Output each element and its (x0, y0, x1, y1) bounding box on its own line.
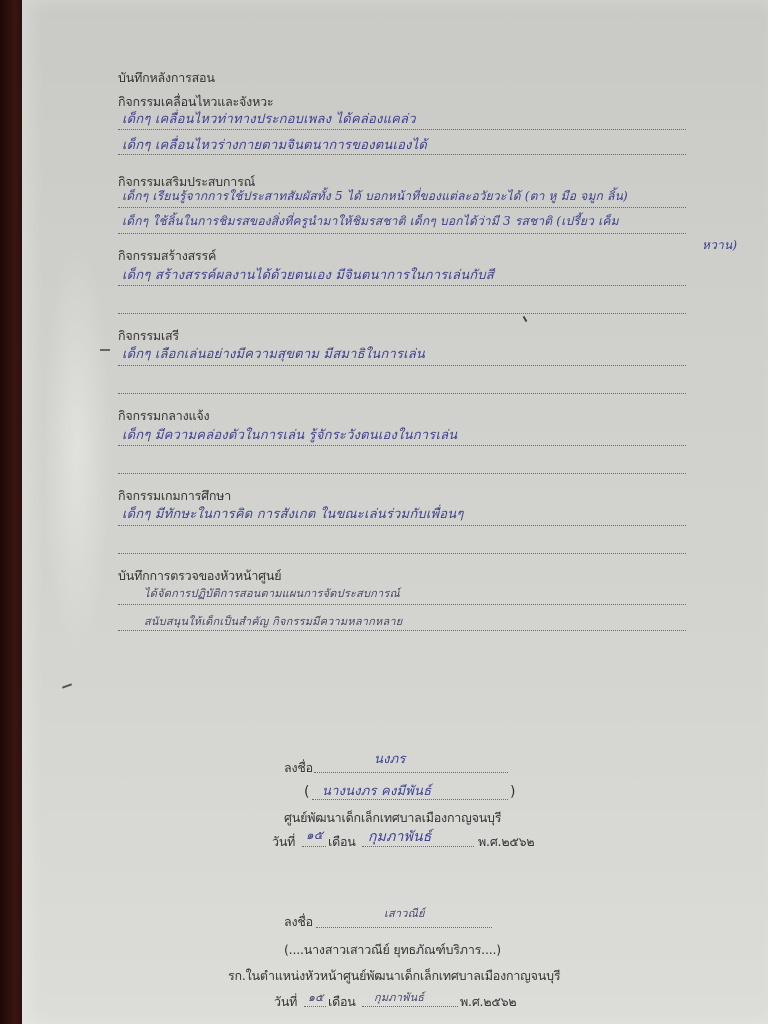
head-day: ๑๕ (308, 988, 324, 1006)
table-edge (0, 0, 24, 1024)
teacher-organization: ศูนย์พัฒนาเด็กเล็กเทศบาลเมืองกาญจนบุรี (284, 808, 501, 828)
dotted-line (118, 393, 686, 394)
entry-creative-1: เด็กๆ สร้างสรรค์ผลงานได้ด้วยตนเอง มีจินต… (122, 264, 494, 285)
head-year: พ.ศ.๒๕๖๒ (460, 992, 516, 1012)
head-signature: เสาวณีย์ (384, 904, 425, 922)
section-heading-review: บันทึกการตรวจของหัวหน้าศูนย์ (118, 566, 281, 586)
dotted-line (118, 129, 686, 130)
entry-experience-2: เด็กๆ ใช้ลิ้นในการชิมรสของสิ่งที่ครูนำมา… (122, 212, 619, 231)
entry-free-play-1: เด็กๆ เลือกเล่นอย่างมีความสุขตาม มีสมาธิ… (122, 343, 425, 364)
form-page: บันทึกหลังการสอน กิจกรรมเคลื่อนไหวและจัง… (22, 0, 768, 1024)
dotted-line (118, 525, 686, 526)
entry-educational-games-1: เด็กๆ มีทักษะในการคิด การสังเกต ในขณะเล่… (122, 503, 464, 524)
teacher-date-label: วันที่ (272, 832, 295, 852)
dotted-line (118, 154, 686, 155)
dotted-line (118, 553, 686, 554)
entry-experience-1: เด็กๆ เรียนรู้จากการใช้ประสาทสัมผัสทั้ง … (122, 187, 628, 206)
teacher-name: นางนงภร คงมีพันธ์ (322, 780, 431, 801)
teacher-year: พ.ศ.๒๕๖๒ (478, 832, 534, 852)
teacher-close-paren: ) (510, 784, 515, 800)
head-month: กุมภาพันธ์ (374, 988, 424, 1006)
teacher-day-line (302, 846, 326, 847)
dotted-line (118, 630, 686, 631)
dotted-line (118, 207, 686, 208)
head-day-line (304, 1006, 326, 1007)
head-month-label: เดือน (328, 992, 356, 1012)
teacher-signature: นงภร (374, 748, 406, 769)
pen-mark (62, 683, 72, 688)
head-date-label: วันที่ (274, 992, 297, 1012)
head-month-line (362, 1006, 458, 1007)
teacher-month: กุมภาพันธ์ (368, 826, 432, 848)
entry-outdoor-1: เด็กๆ มีความคล่องตัวในการเล่น รู้จักระวั… (122, 424, 457, 445)
dotted-line (118, 365, 686, 366)
head-sign-label: ลงชื่อ (284, 912, 313, 932)
dotted-line (118, 473, 686, 474)
dotted-line (118, 604, 686, 605)
teacher-day: ๑๕ (306, 826, 323, 845)
head-sign-line (316, 927, 492, 928)
section-heading-outdoor: กิจกรรมกลางแจ้ง (118, 406, 209, 426)
teacher-sign-line (314, 772, 508, 773)
pen-mark (100, 349, 110, 351)
dotted-line (118, 285, 686, 286)
dotted-line (118, 313, 686, 314)
teacher-sign-label: ลงชื่อ (284, 758, 313, 778)
head-name: (....นางสาวเสาวณีย์ ยุทธภัณฑ์บริภาร....) (284, 940, 501, 960)
head-position: รก.ในตำแหน่งหัวหน้าศูนย์พัฒนาเด็กเล็กเทศ… (228, 966, 560, 986)
pen-mark (523, 316, 528, 322)
dotted-line (118, 233, 686, 234)
dotted-line (118, 445, 686, 446)
review-entry-2: สนับสนุนให้เด็กเป็นสำคัญ กิจกรรมมีความหล… (144, 612, 402, 630)
entry-movement-2: เด็กๆ เคลื่อนไหวร่างกายตามจินตนาการของตน… (122, 134, 427, 155)
teacher-open-paren: ( (304, 784, 309, 800)
review-entry-1: ได้จัดการปฏิบัติการสอนตามแผนการจัดประสบก… (144, 584, 400, 602)
section-heading-creative: กิจกรรมสร้างสรรค์ (118, 246, 216, 266)
entry-movement-1: เด็กๆ เคลื่อนไหวท่าทางประกอบเพลง ได้คล่อ… (122, 108, 416, 129)
teacher-month-label: เดือน (328, 832, 356, 852)
entry-experience-3: หวาน) (702, 236, 737, 255)
form-title: บันทึกหลังการสอน (118, 68, 215, 88)
